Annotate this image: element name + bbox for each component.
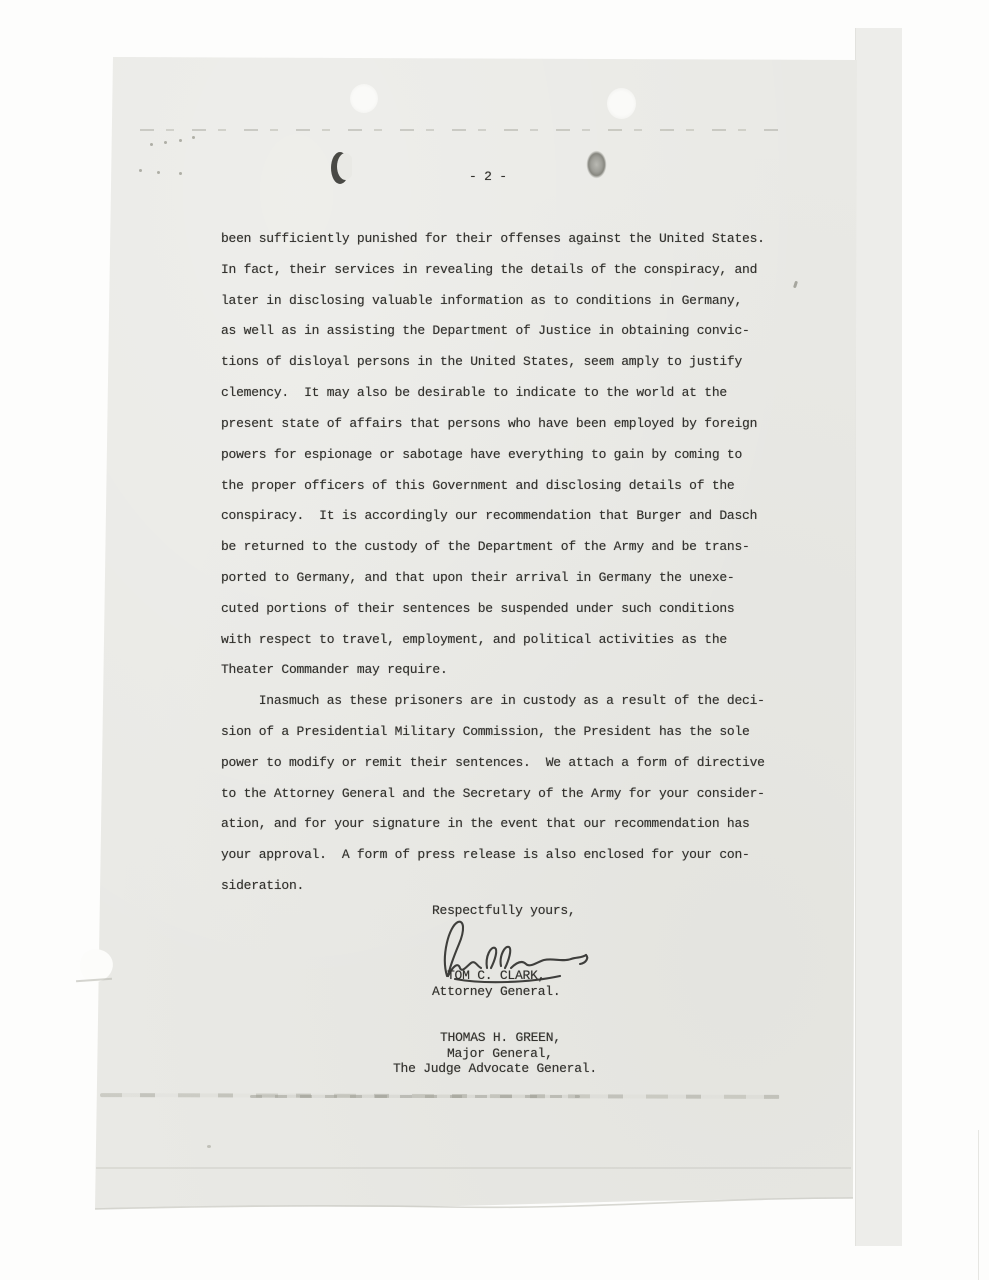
pencil-dot	[192, 136, 195, 139]
pencil-dot	[150, 143, 153, 146]
typed-line: been sufficiently punished for their off…	[221, 224, 765, 255]
page-number: - 2 -	[469, 169, 507, 184]
pencil-dot	[179, 172, 182, 175]
typed-line: clemency. It may also be desirable to in…	[221, 378, 765, 409]
signer1-title: Attorney General.	[432, 985, 560, 999]
hole-punch-right	[607, 88, 636, 119]
pencil-dot	[157, 171, 160, 174]
typed-line: be returned to the custody of the Depart…	[221, 532, 765, 563]
typed-line: Theater Commander may require.	[221, 655, 765, 686]
signer2-office: The Judge Advocate General.	[393, 1062, 597, 1076]
binder-crescent-mark-icon	[330, 150, 352, 186]
typed-line: In fact, their services in revealing the…	[221, 255, 765, 286]
backing-sheet-edge	[855, 28, 902, 1246]
typed-line: conspiracy. It is accordingly our recomm…	[221, 501, 765, 532]
typed-line: cuted portions of their sentences be sus…	[221, 594, 765, 625]
typed-line: ported to Germany, and that upon their a…	[221, 563, 765, 594]
typed-line: powers for espionage or sabotage have ev…	[221, 440, 765, 471]
pencil-dot	[139, 169, 142, 172]
pencil-dot	[164, 141, 167, 144]
typed-line: power to modify or remit their sentences…	[221, 748, 765, 779]
typed-line: your approval. A form of press release i…	[221, 840, 765, 871]
closing-salutation: Respectfully yours,	[432, 904, 575, 918]
typed-line: ation, and for your signature in the eve…	[221, 809, 765, 840]
crease-line-top	[140, 129, 780, 131]
pencil-dot	[179, 139, 182, 142]
typed-line: to the Attorney General and the Secretar…	[221, 779, 765, 810]
hole-punch-left	[350, 84, 378, 113]
typed-line: sideration.	[221, 871, 765, 902]
signer2-name: THOMAS H. GREEN,	[440, 1031, 561, 1045]
scan-edge-line	[978, 1130, 979, 1280]
smudge-line-bottom-dark	[250, 1095, 580, 1098]
typed-line: Inasmuch as these prisoners are in custo…	[221, 686, 765, 717]
typed-line: later in disclosing valuable information…	[221, 286, 765, 317]
typed-line: sion of a Presidential Military Commissi…	[221, 717, 765, 748]
signer2-title: Major General,	[447, 1047, 553, 1061]
typed-line: as well as in assisting the Department o…	[221, 316, 765, 347]
typed-line: with respect to travel, employment, and …	[221, 625, 765, 656]
binder-ring-mark-icon	[586, 150, 607, 179]
crease-line-lower	[96, 1167, 851, 1169]
signer1-name: TOM C. CLARK,	[447, 969, 545, 983]
scanned-document-page: - 2 - been sufficiently punished for the…	[0, 0, 989, 1280]
typed-line: the proper officers of this Government a…	[221, 471, 765, 502]
typed-line: present state of affairs that persons wh…	[221, 409, 765, 440]
letter-body: been sufficiently punished for their off…	[221, 224, 765, 902]
typed-line: tions of disloyal persons in the United …	[221, 347, 765, 378]
stray-speck	[207, 1145, 211, 1148]
